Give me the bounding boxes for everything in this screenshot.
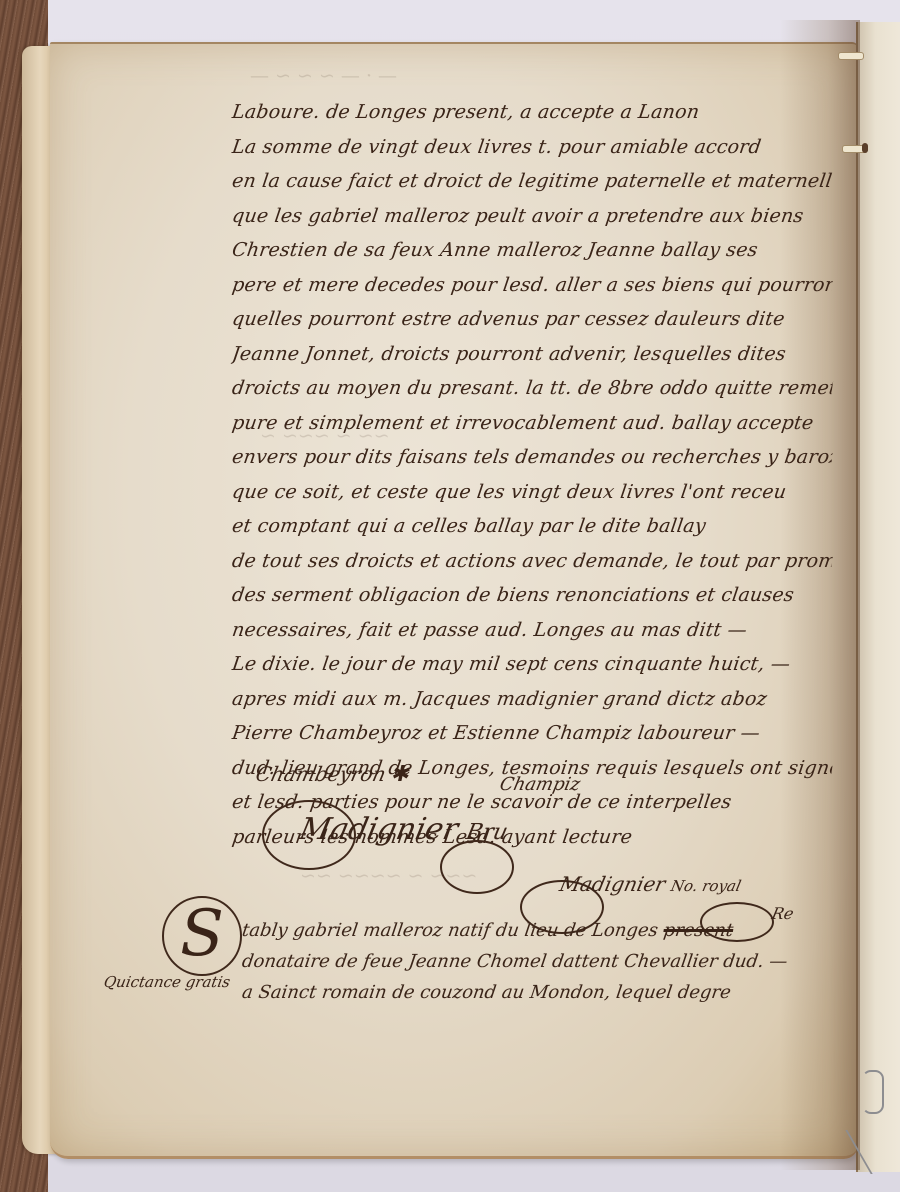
signature-text: Champiz [498, 774, 582, 795]
text-line: droicts au moyen du presant. la tt. de 8… [230, 372, 835, 407]
stitch-hole [862, 143, 868, 153]
text-line: tably gabriel malleroz natif du lieu de … [240, 916, 834, 947]
binding-stitch [838, 52, 864, 60]
text-line: a Sainct romain de couzond au Mondon, le… [240, 978, 834, 1009]
text-line: Laboure. de Longes present, a accepte a … [230, 96, 835, 131]
signature-text: Madignier [296, 812, 461, 847]
margin-note: Quictance gratis [102, 973, 231, 991]
text-line: de tout ses droicts et actions avec dema… [230, 545, 835, 580]
signature-madignier-notary: Madignier No. royal [557, 872, 743, 896]
text-line: Le dixie. le jour de may mil sept cens c… [230, 648, 835, 683]
text-line: donataire de feue Jeanne Chomel dattent … [240, 947, 834, 978]
new-act-paragraph: tably gabriel malleroz natif du lieu de … [242, 916, 832, 1009]
text-line: que ce soit, et ceste que les vingt deux… [230, 476, 835, 511]
text-line: Chrestien de sa feux Anne malleroz Jeann… [230, 234, 835, 269]
text-line: que les gabriel malleroz peult avoir a p… [230, 200, 835, 235]
text-line: apres midi aux m. Jacques madignier gran… [230, 683, 835, 718]
drop-cap-initial: S [162, 896, 242, 976]
signature-champiz: Champiz [498, 774, 582, 795]
struck-word: present [662, 920, 734, 941]
text-line: necessaires, fait et passe aud. Longes a… [230, 614, 835, 649]
notary-title: No. royal [669, 877, 743, 895]
facing-page-edge [856, 22, 900, 1172]
text-line: et comptant qui a celles ballay par le d… [230, 510, 835, 545]
text-line: Pierre Chambeyroz et Estienne Champiz la… [230, 717, 835, 752]
signature-chambeyron: Chambeyron ✱ [253, 762, 413, 787]
text-line: quelles pourront estre advenus par cesse… [230, 303, 835, 338]
text-line: La somme de vingt deux livres t. pour am… [230, 131, 835, 166]
text-line: Jeanne Jonnet, droicts pourront advenir,… [230, 338, 835, 373]
signature-text: Chambeyron [254, 762, 389, 786]
signature-flourish [440, 840, 514, 894]
text-segment: tably gabriel malleroz natif du lieu de … [241, 920, 660, 941]
text-line: pure et simplement et irrevocablement au… [230, 407, 835, 442]
manuscript-body: Laboure. de Longes present, a accepte a … [232, 96, 832, 855]
metal-clip [862, 1070, 884, 1114]
text-line: des serment obligacion de biens renoncia… [230, 579, 835, 614]
bleed-through-text: — · — ~ ~ ~ — [250, 60, 397, 93]
text-line: envers pour dits faisans tels demandes o… [230, 441, 835, 476]
text-line: en la cause faict et droict de legitime … [230, 165, 835, 200]
signature-text: Madignier [557, 872, 667, 896]
text-line: pere et mere decedes pour lesd. aller a … [230, 269, 835, 304]
drop-cap-letter: S [180, 897, 224, 971]
